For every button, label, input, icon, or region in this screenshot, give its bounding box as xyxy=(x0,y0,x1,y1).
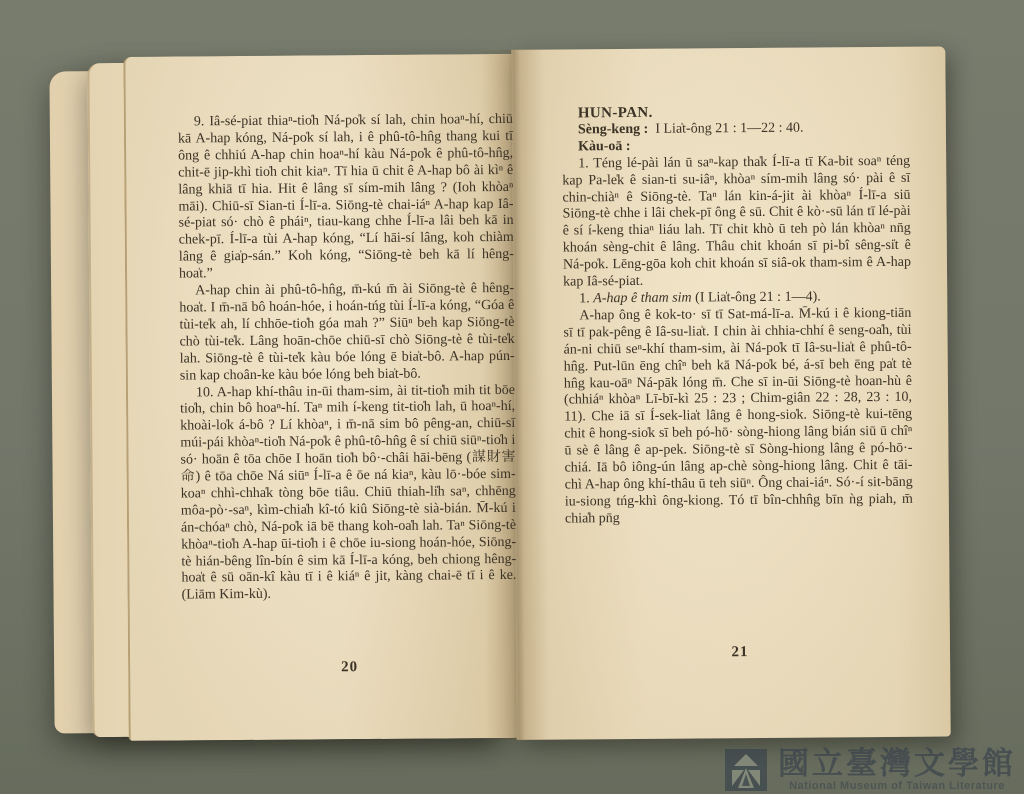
paragraph-9: 9. Iâ-sé-piat thiaⁿ-tio̍h Ná-po̍k sí lah… xyxy=(178,112,514,284)
subsection-number: 1. xyxy=(579,291,593,306)
right-page-number: 21 xyxy=(566,643,914,663)
scripture-reference: I Lia̍t-ông 21 : 1—22 : 40. xyxy=(655,121,803,137)
paragraph-intro: 1. Téng lé-pài lán ū saⁿ-kap tha̍k Í-lī-… xyxy=(562,153,911,291)
watermark-chinese: 國立臺灣文學館 xyxy=(778,749,1016,779)
left-page-number: 20 xyxy=(182,658,517,678)
right-page-text: HUN-PAN. Sèng-keng : I Lia̍t-ông 21 : 1—… xyxy=(562,103,913,528)
paragraph-10: 10. A-hap khí-thâu in-ūi tham-sim, ài ti… xyxy=(180,382,517,604)
paragraph-ahab: A-hap chin ài phû-tô-hn̂g, m̄-kú m̄ ài S… xyxy=(179,281,515,385)
left-page-text: 9. Iâ-sé-piat thiaⁿ-tio̍h Ná-po̍k sí lah… xyxy=(178,112,517,605)
scripture-label: Sèng-keng : xyxy=(578,122,649,138)
open-book: 9. Iâ-sé-piat thiaⁿ-tio̍h Ná-po̍k sí lah… xyxy=(49,46,950,745)
subsection-title: A-hap ê tham sim xyxy=(593,290,692,306)
watermark-text: 國立臺灣文學館 National Museum of Taiwan Litera… xyxy=(778,749,1016,792)
museum-watermark: 國立臺灣文學館 National Museum of Taiwan Litera… xyxy=(724,748,1016,792)
nmtl-logo-icon xyxy=(724,748,768,792)
subsection-reference: (I Lia̍t-ông 21 : 1—4). xyxy=(692,289,821,305)
watermark-english: National Museum of Taiwan Literature xyxy=(789,780,1005,792)
paragraph-ahab-greed: A-hap ông ê kok-to· sī tī Sat-má-lī-a. M… xyxy=(563,306,913,529)
